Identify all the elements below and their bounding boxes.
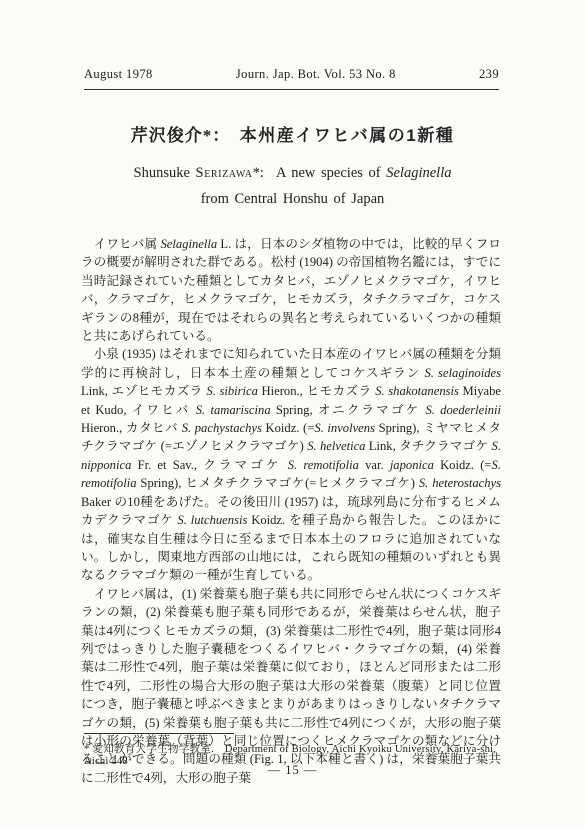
text-segment: S. involvens xyxy=(314,421,375,435)
text-segment: S. remotifolia xyxy=(288,458,359,472)
text-segment: Spring), ヒメタチクラマゴケ(=ヒメクラマゴケ) xyxy=(137,476,419,490)
footnote-divider xyxy=(84,733,234,734)
text-segment: var. xyxy=(359,458,390,472)
text-segment: S. shakotanensis xyxy=(375,384,459,398)
header-issue-date: August 1978 xyxy=(84,67,153,82)
article-title-japanese: 芹沢俊介*： 本州産イワヒバ属の1新種 xyxy=(0,121,585,146)
text-segment: Hieron., ヒモカズラ xyxy=(258,384,375,398)
text-segment: Link, タチクラマゴケ xyxy=(365,439,491,453)
text-segment: L. は，日本のシダ植物の中では，比較的早くフロラの概要が解明された群である。松… xyxy=(81,237,501,343)
text-segment: Link, エゾヒモカズラ xyxy=(81,384,206,398)
text-segment: 本州産イワヒバ属の1新種 xyxy=(240,126,454,145)
text-segment: S. doederleinii xyxy=(425,403,501,417)
header-journal-title: Journ. Jap. Bot. Vol. 53 No. 8 xyxy=(236,67,396,82)
text-segment: Selaginella xyxy=(160,237,217,251)
text-segment: *: A new species of xyxy=(253,165,387,181)
article-title-english: Shunsuke Serizawa*: A new species of Sel… xyxy=(0,160,585,212)
text-segment: Spring, オニクラマゴケ xyxy=(271,403,426,417)
header-page-number: 239 xyxy=(479,67,499,82)
text-segment: S. tamariscina xyxy=(196,403,271,417)
body-paragraph: イワヒバ属 Selaginella L. は，日本のシダ植物の中では，比較的早く… xyxy=(81,235,501,345)
article-body: イワヒバ属 Selaginella L. は，日本のシダ植物の中では，比較的早く… xyxy=(81,235,501,787)
text-segment: Hieron., カタヒバ xyxy=(81,421,182,435)
text-segment: S. pachystachys xyxy=(182,421,262,435)
text-segment: Koidz. (= xyxy=(262,421,314,435)
body-paragraph: 小泉 (1935) はそれまでに知られていた日本産のイワヒバ属の種類を分類学的に… xyxy=(81,345,501,584)
text-segment: 芹沢俊介*： xyxy=(131,126,240,145)
journal-page: August 1978 Journ. Jap. Bot. Vol. 53 No.… xyxy=(0,0,585,827)
text-segment: Fr. et Sav., クラマゴケ xyxy=(131,458,287,472)
text-segment: S. sibirica xyxy=(206,384,258,398)
text-segment: Selaginella xyxy=(386,165,451,181)
text-segment: S. lutchuensis xyxy=(177,513,247,527)
text-segment: S. helvetica xyxy=(307,439,365,453)
text-segment: japonica xyxy=(390,458,434,472)
text-segment: Serizawa xyxy=(196,165,253,181)
article-title-english-line1: Shunsuke Serizawa*: A new species of Sel… xyxy=(0,160,585,186)
text-segment: S. selaginoides xyxy=(424,366,501,380)
text-segment: S. heterostachys xyxy=(419,476,501,490)
article-title-english-line2: from Central Honshu of Japan xyxy=(0,186,585,212)
page-header: August 1978 Journ. Jap. Bot. Vol. 53 No.… xyxy=(84,67,499,90)
text-segment: Shunsuke xyxy=(134,165,196,181)
footer-page-number: — 15 — xyxy=(0,763,585,778)
text-segment: Koidz. (= xyxy=(434,458,492,472)
text-segment: イワヒバ属 xyxy=(94,237,161,251)
